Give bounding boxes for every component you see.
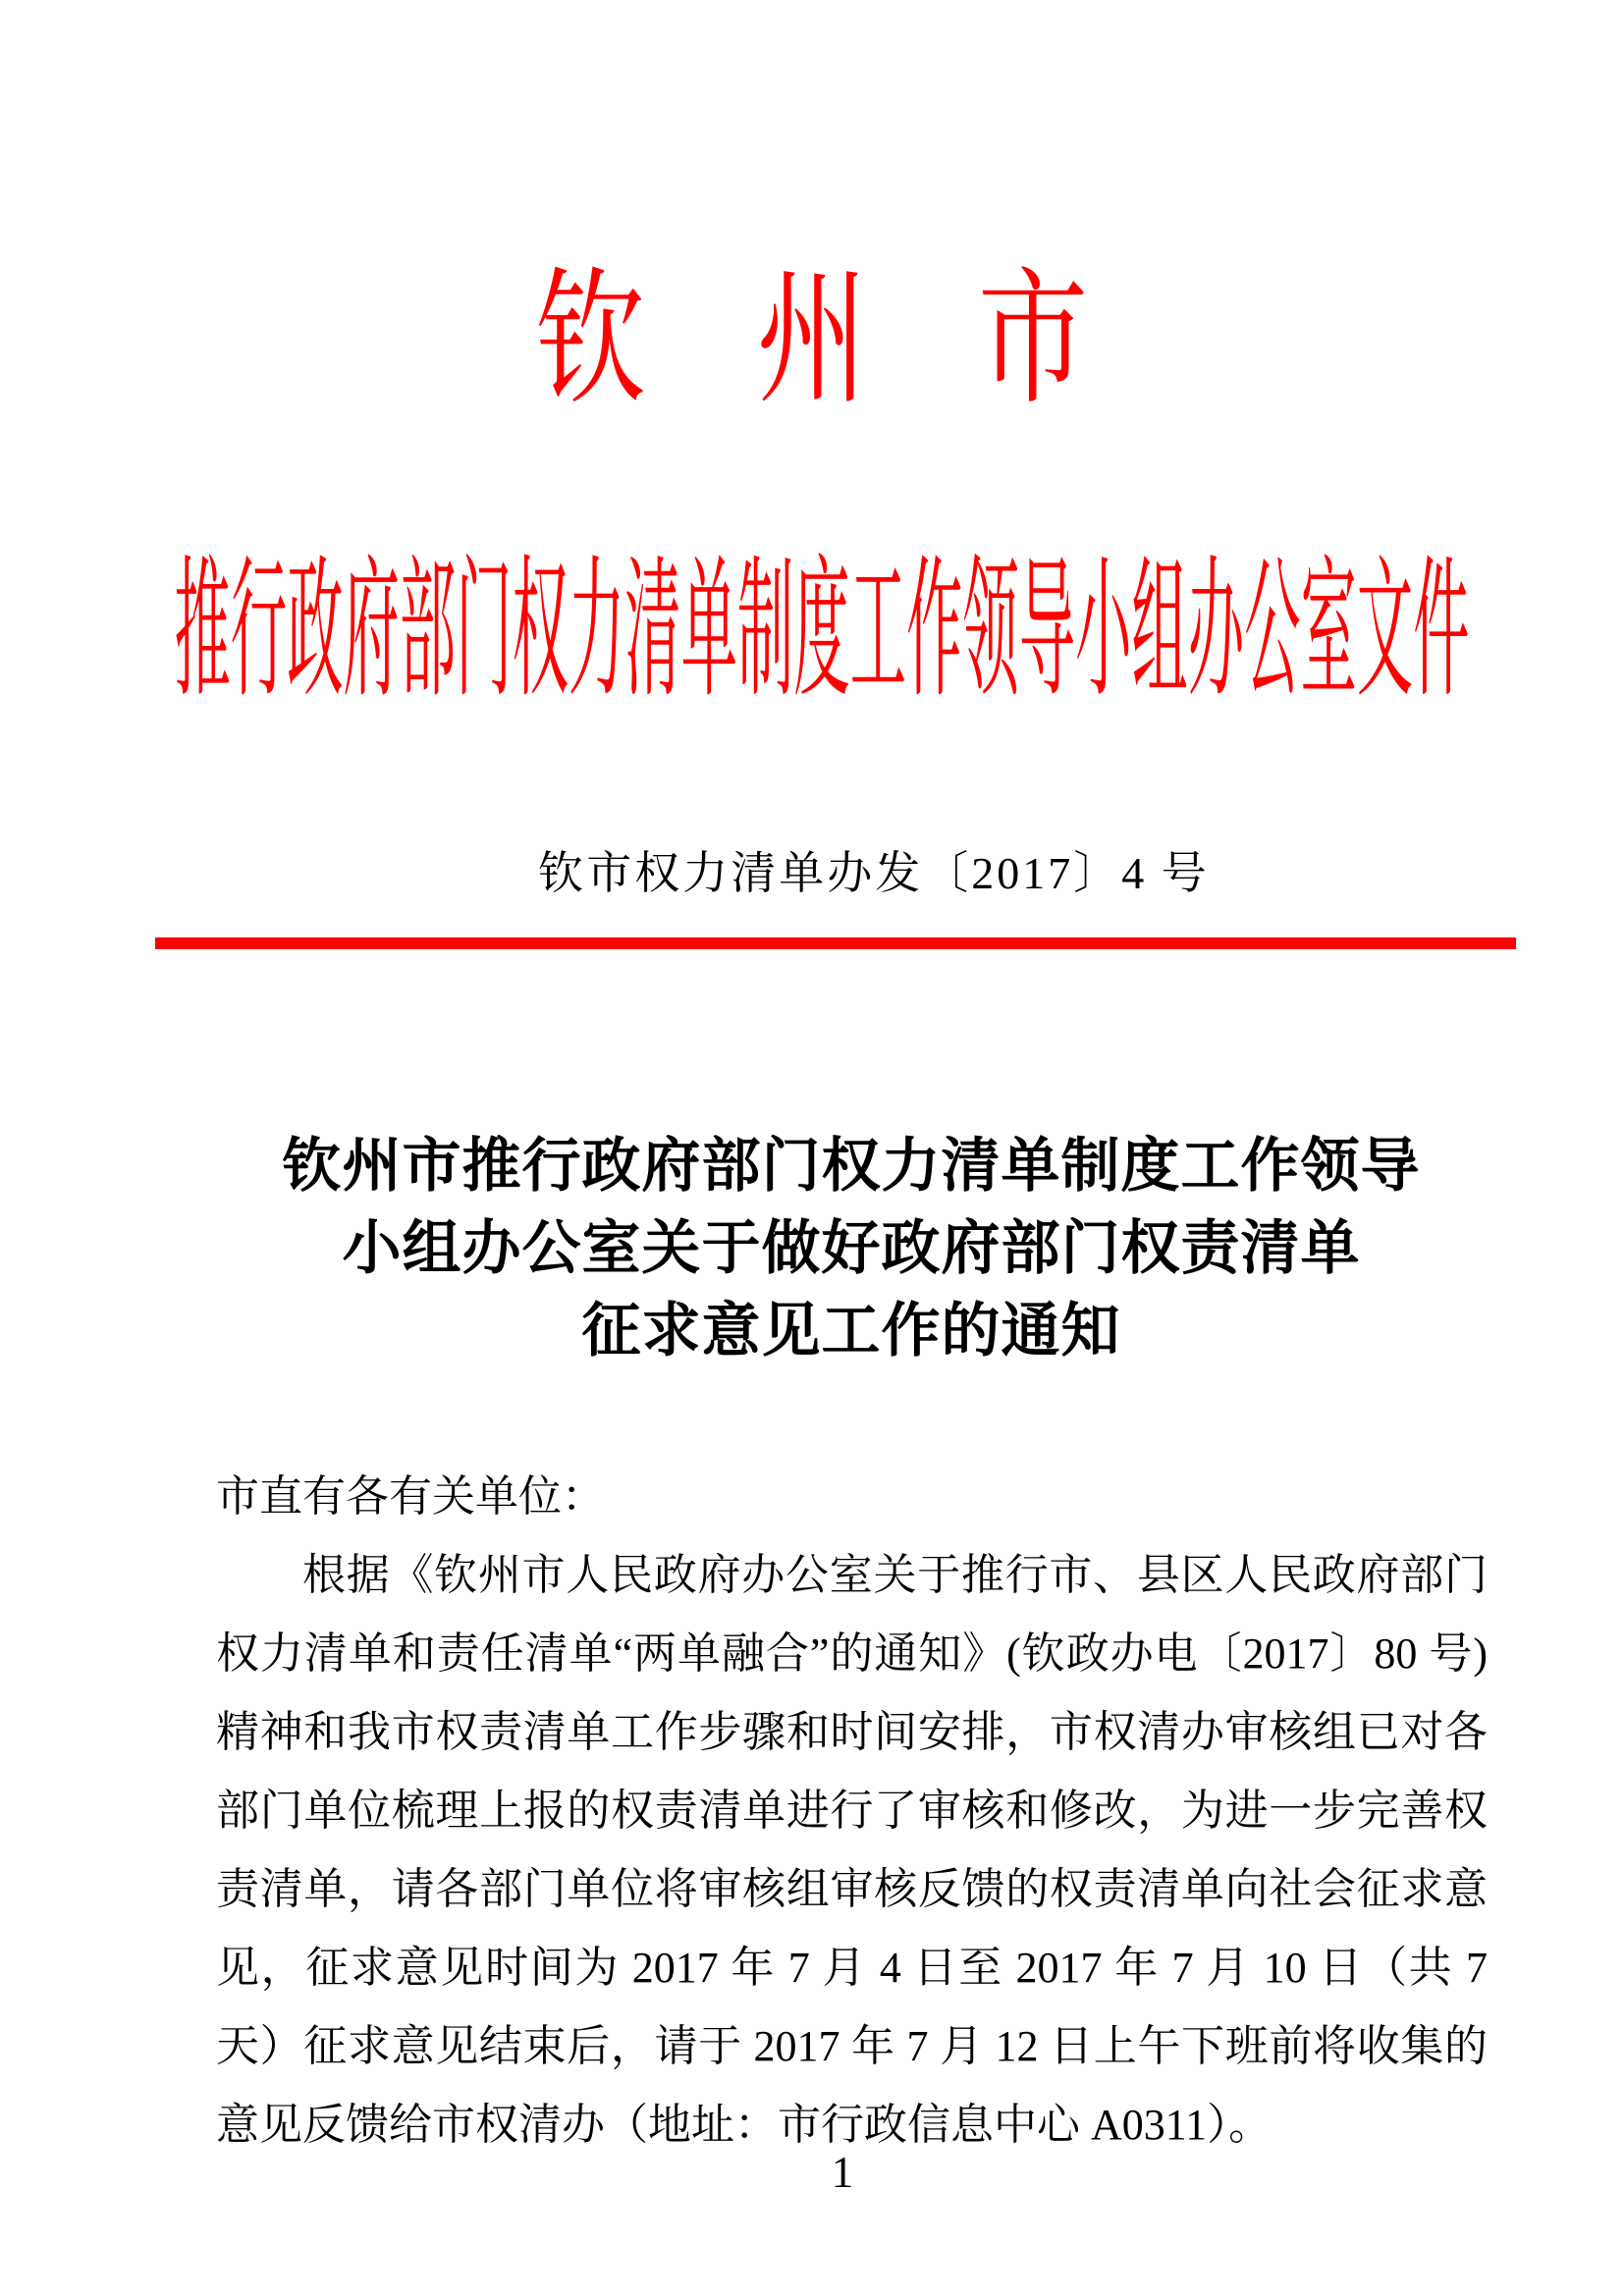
- red-divider-line: [155, 937, 1516, 949]
- body-text-line: 天）征求意见结束后，请于 2017 年 7 月 12 日上午下班前将收集的: [216, 2007, 1488, 2086]
- body-text-line: 精神和我市权责清单工作步骤和时间安排，市权清办审核组已对各: [216, 1693, 1488, 1772]
- body-text: 市直有各有关单位： 根据《钦州市人民政府办公室关于推行市、县区人民政府部门 权力…: [216, 1458, 1488, 2164]
- body-text-line: 根据《钦州市人民政府办公室关于推行市、县区人民政府部门: [216, 1536, 1488, 1615]
- document-page: 钦 州 市 推行政府部门权力清单制度工作领导小组办公室文件 钦市权力清单办发〔2…: [0, 0, 1624, 2296]
- notice-title-line-3: 征求意见工作的通知: [79, 1290, 1624, 1372]
- salutation-line: 市直有各有关单位：: [216, 1458, 1488, 1536]
- letterhead-city-title: 钦 州 市: [536, 263, 1089, 418]
- body-text-line: 见，征求意见时间为 2017 年 7 月 4 日至 2017 年 7 月 10 …: [216, 1929, 1488, 2007]
- notice-title-line-2: 小组办公室关于做好政府部门权责清单: [79, 1207, 1624, 1290]
- document-number: 钦市权力清单办发〔2017〕4 号: [124, 842, 1624, 905]
- page-number: 1: [61, 2148, 1624, 2197]
- letterhead-org-title: 推行政府部门权力清单制度工作领导小组办公室文件: [174, 552, 1469, 711]
- body-text-line: 责清单，请各部门单位将审核组审核反馈的权责清单向社会征求意: [216, 1850, 1488, 1929]
- notice-title: 钦州市推行政府部门权力清单制度工作领导 小组办公室关于做好政府部门权责清单 征求…: [79, 1125, 1624, 1372]
- notice-title-line-1: 钦州市推行政府部门权力清单制度工作领导: [79, 1125, 1624, 1207]
- body-text-line: 部门单位梳理上报的权责清单进行了审核和修改，为进一步完善权: [216, 1772, 1488, 1850]
- body-text-line: 权力清单和责任清单“两单融合”的通知》(钦政办电〔2017〕80 号): [216, 1615, 1488, 1693]
